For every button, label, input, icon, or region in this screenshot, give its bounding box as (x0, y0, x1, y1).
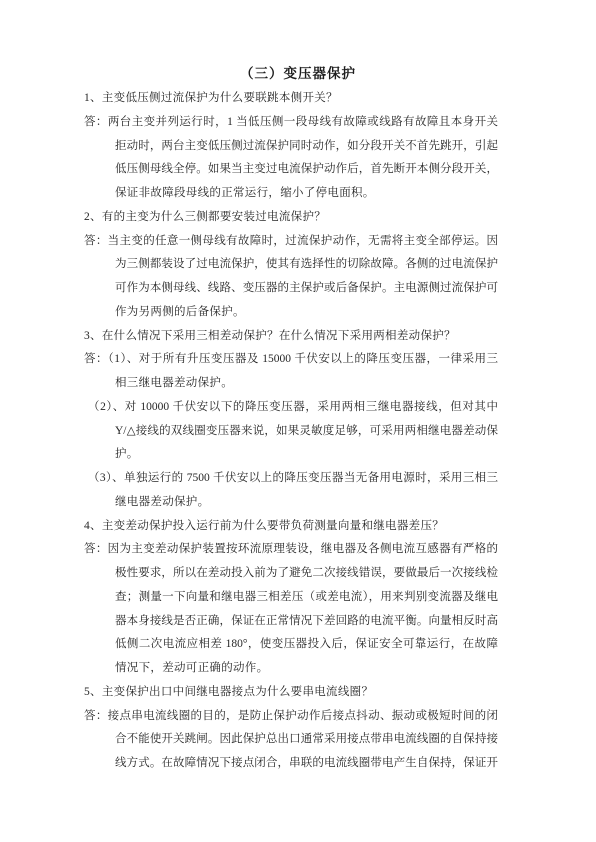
question-line: 1、主变低压侧过流保护为什么要联跳本侧开关？ (84, 87, 498, 111)
continuation-line: 查；测量一下向量和继电器三相差压（或差电流），用来判别变流器及继电 (115, 586, 498, 610)
continuation-line: Y/△接线的双线圈变压器来说，如果灵敏度足够，可采用两相继电器差动保 (115, 420, 498, 444)
continuation-line: 线方式。在故障情况下接点闭合，串联的电流线圈带电产生自保持，保证开 (115, 752, 498, 776)
continuation-line: 继电器差动保护。 (115, 491, 498, 515)
continuation-line: 低侧二次电流应相差 180°，使变压器投入后，保证安全可靠运行，在故障 (115, 633, 498, 657)
continuation-line: 相三继电器差动保护。 (115, 372, 498, 396)
continuation-line: 作为另两侧的后备保护。 (115, 301, 498, 325)
continuation-line: 可作为本侧母线、线路、变压器的主保护或后备保护。主电源侧过流保护可 (115, 277, 498, 301)
answer-line: 答：两台主变并列运行时，1 当低压侧一段母线有故障或线路有故障且本身开关 (84, 111, 498, 135)
continuation-line: 低压侧母线全停。如果当主变过电流保护动作后，首先断开本侧分段开关， (115, 158, 498, 182)
question-line: 4、主变差动保护投入运行前为什么要带负荷测量向量和继电器差压？ (84, 515, 498, 539)
continuation-line: 合不能使开关跳闸。因此保护总出口通常采用接点带串电流线圈的自保持接 (115, 728, 498, 752)
continuation-line: 器本身接线是否正确，保证在正常情况下差回路的电流平衡。向量相反时高 (115, 610, 498, 634)
question-line: 5、主变保护出口中间继电器接点为什么要串电流线圈？ (84, 681, 498, 705)
section-title: （三）变压器保护 (0, 62, 596, 82)
answer-line: 答：当主变的任意一侧母线有故障时，过流保护动作，无需将主变全部停运。因 (84, 230, 498, 254)
sub-item-line: （2）、对 10000 千伏安以下的降压变压器，采用两相三继电器接线，但对其中 (88, 396, 498, 420)
answer-line: 答：接点串电流线圈的目的，是防止保护动作后接点抖动、振动或极短时间的闭 (84, 705, 498, 729)
question-line: 2、有的主变为什么三侧都要安装过电流保护？ (84, 206, 498, 230)
answer-line: 答：（1）、对于所有升压变压器及 15000 千伏安以上的降压变压器，一律采用三 (84, 348, 498, 372)
continuation-line: 极性要求，所以在差动投入前为了避免二次接线错误，要做最后一次接线检 (115, 562, 498, 586)
continuation-line: 护。 (115, 443, 498, 467)
document-page: （三）变压器保护 1、主变低压侧过流保护为什么要联跳本侧开关？答：两台主变并列运… (0, 0, 596, 842)
continuation-line: 为三侧都装设了过电流保护，使其有选择性的切除故障。各侧的过电流保护 (115, 253, 498, 277)
continuation-line: 拒动时，两台主变低压侧过流保护同时动作，如分段开关不首先跳开，引起 (115, 135, 498, 159)
answer-line: 答：因为主变差动保护装置按环流原理装设，继电器及各侧电流互感器有严格的 (84, 538, 498, 562)
sub-item-line: （3）、单独运行的 7500 千伏安以上的降压变压器当无备用电源时，采用三相三 (88, 467, 498, 491)
document-body: 1、主变低压侧过流保护为什么要联跳本侧开关？答：两台主变并列运行时，1 当低压侧… (84, 87, 498, 776)
continuation-line: 情况下，差动可正确的动作。 (115, 657, 498, 681)
question-line: 3、在什么情况下采用三相差动保护？在什么情况下采用两相差动保护？ (84, 325, 498, 349)
continuation-line: 保证非故障段母线的正常运行，缩小了停电面积。 (115, 182, 498, 206)
